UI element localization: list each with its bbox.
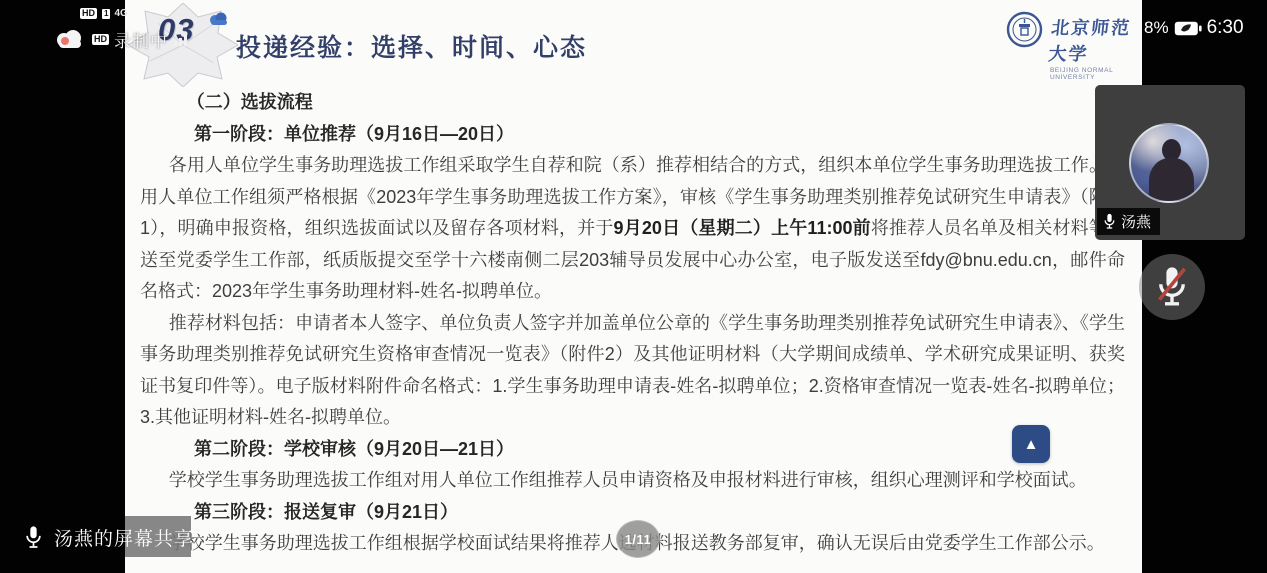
up-arrow-icon: ▲: [1024, 436, 1039, 453]
hd-badge2-icon: HD: [92, 34, 109, 45]
stage1-heading: 第一阶段：单位推荐（9月16日—20日）: [140, 119, 1125, 151]
slide-title: 投递经验：选择、时间、心态: [236, 28, 587, 64]
hd-badge-icon: HD: [80, 8, 97, 19]
battery-percent: 8%: [1144, 18, 1169, 38]
phone-screen: 03 投递经验：选择、时间、心态 北京师范大学 BEIJING NORMAL U…: [0, 0, 1267, 573]
university-logo: 北京师范大学 BEIJING NORMAL UNIVERSITY: [1006, 11, 1142, 81]
scroll-top-button[interactable]: ▲: [1012, 425, 1050, 463]
recording-indicator: HD 录制中: [53, 27, 189, 52]
status-clock-block: 8% 6:30: [1144, 17, 1244, 39]
signal-bars-icon: [173, 33, 189, 46]
shared-screen: 03 投递经验：选择、时间、心态 北京师范大学 BEIJING NORMAL U…: [125, 0, 1142, 573]
recording-label: 录制中: [114, 27, 168, 52]
battery-saver-icon: [1174, 21, 1202, 36]
document-body: （二）选拔流程 第一阶段：单位推荐（9月16日—20日） 各用人单位学生事务助理…: [140, 87, 1125, 560]
participant-name-tag: 汤燕: [1097, 208, 1160, 235]
mic-muted-icon: [1155, 266, 1189, 308]
network-type-label: 4G: [114, 8, 127, 19]
screen-share-label: 汤燕的屏幕共享: [54, 524, 194, 551]
clock-time: 6:30: [1207, 17, 1244, 39]
page-indicator: 1/11: [616, 520, 660, 558]
avatar: [1129, 123, 1209, 203]
stage1-deadline-bold: 9月20日（星期二）上午11:00前: [614, 218, 871, 238]
sim1-badge-icon: 1: [102, 9, 110, 19]
stage2-paragraph: 学校学生事务助理选拔工作组对用人单位工作组推荐人员申请资格及申报材料进行审核，组…: [140, 465, 1125, 497]
stage2-heading: 第二阶段：学校审核（9月20日—21日）: [140, 434, 1125, 466]
stage1-paragraph: 各用人单位学生事务助理选拔工作组采取学生自荐和院（系）推荐相结合的方式，组织本单…: [140, 150, 1125, 308]
status-bar-row1: HD 1 4G: [80, 8, 128, 19]
recording-cloud-icon: [53, 29, 87, 51]
mic-icon: [1103, 213, 1116, 230]
screen-share-toast: 汤燕的屏幕共享: [24, 518, 194, 556]
participant-name: 汤燕: [1121, 211, 1151, 232]
participant-tile[interactable]: 汤燕: [1095, 85, 1245, 240]
materials-paragraph: 推荐材料包括：申请者本人签字、单位负责人签字并加盖单位公章的《学生事务助理类别推…: [140, 308, 1125, 434]
university-seal-icon: [1006, 11, 1043, 48]
section-heading: （二）选拔流程: [140, 87, 1125, 119]
microphone-mute-button[interactable]: [1139, 254, 1205, 320]
mic-icon: [24, 525, 43, 550]
cloud-logo-icon: [207, 12, 231, 26]
university-name-cn: 北京师范大学: [1047, 14, 1144, 66]
university-name-en: BEIJING NORMAL UNIVERSITY: [1050, 67, 1142, 81]
avatar-silhouette-body: [1149, 158, 1194, 203]
